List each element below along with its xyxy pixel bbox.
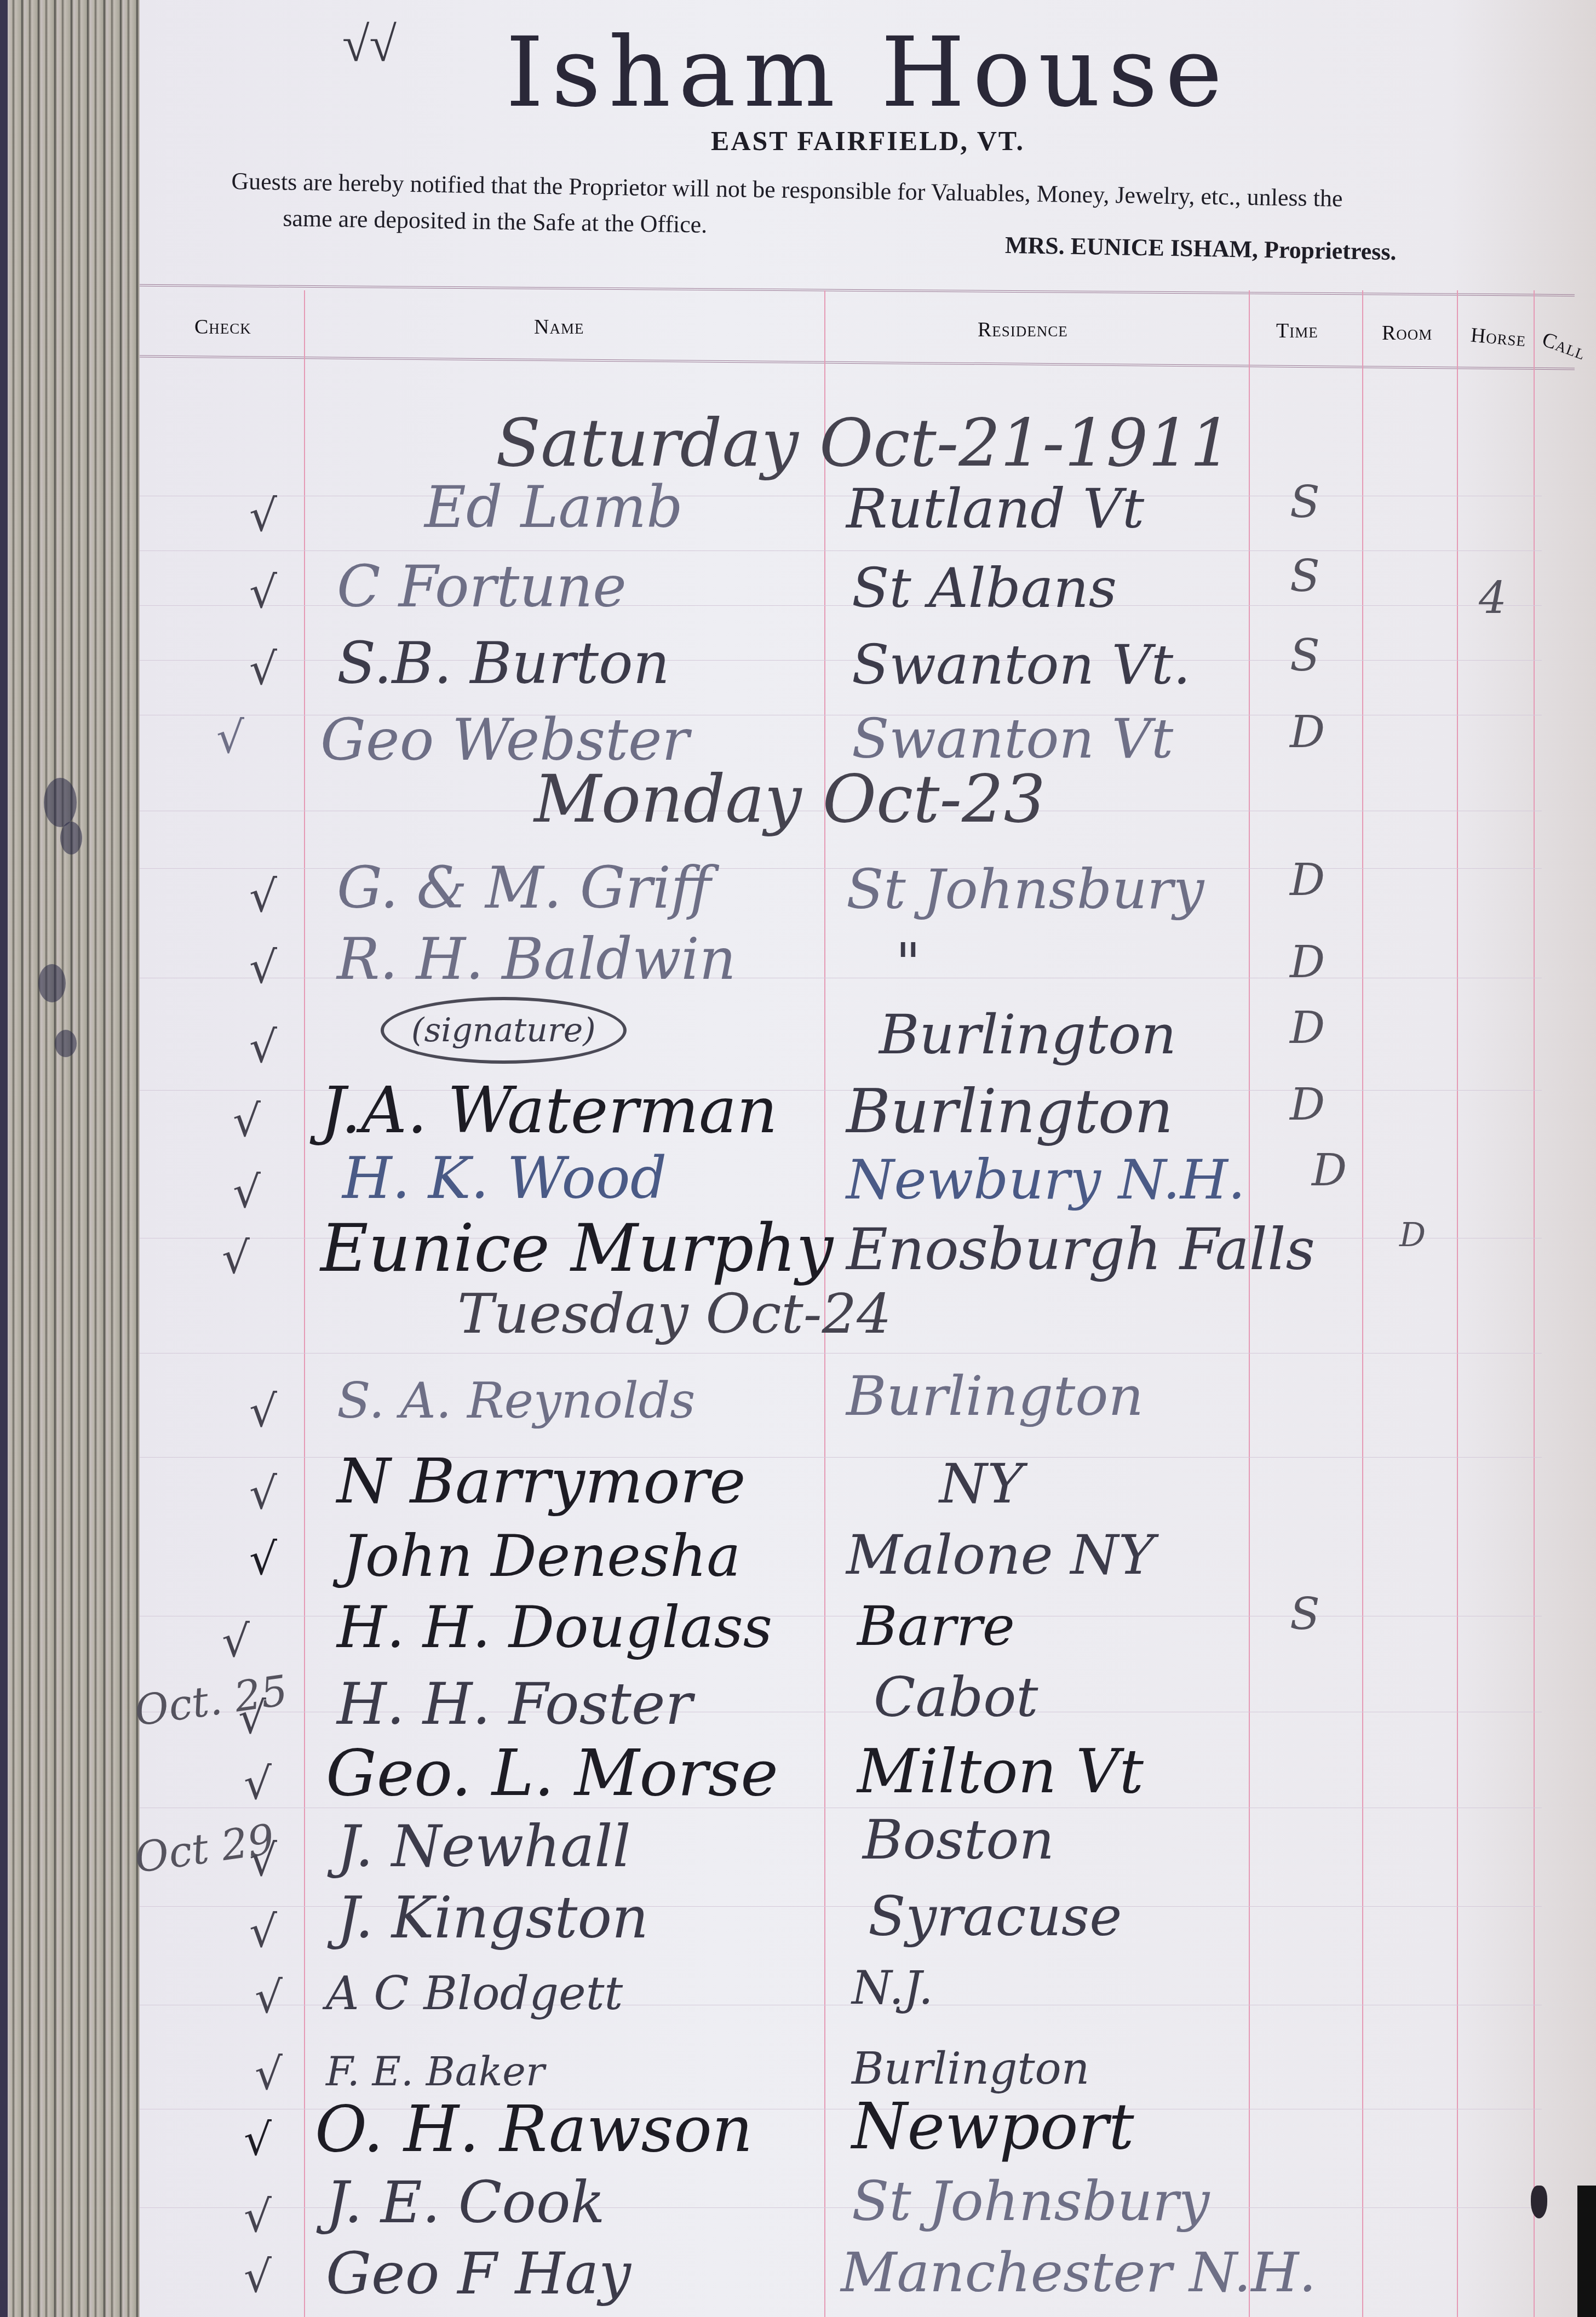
arrival-time: S	[1290, 1588, 1320, 1639]
guest-residence: Swanton Vt	[852, 707, 1173, 771]
guest-name: Eunice Murphy	[320, 1211, 833, 1287]
column-divider-room	[1457, 290, 1458, 2317]
guest-name: Geo Webster	[320, 707, 689, 773]
guest-name: G. & M. Griff	[337, 854, 711, 921]
guest-name: C Fortune	[337, 553, 627, 620]
guest-name: S. A. Reynolds	[337, 1372, 695, 1430]
guest-residence: Malone NY	[846, 1523, 1155, 1587]
guest-residence: Newbury N.H.	[846, 1148, 1245, 1212]
arrival-time: D	[1399, 1216, 1426, 1254]
guest-residence: "	[895, 931, 921, 995]
room-number: 4	[1479, 572, 1507, 623]
column-header-horse: Horse	[1469, 323, 1527, 352]
guest-name: N Barrymore	[337, 1446, 745, 1517]
check-mark: √	[255, 1972, 283, 2023]
guest-name: J. Newhall	[337, 1813, 631, 1880]
guest-name: H. H. Foster	[337, 1671, 692, 1737]
guest-name: Ed Lamb	[424, 474, 683, 541]
hotel-title: IshamHouse	[140, 16, 1596, 129]
column-header-name: Name	[534, 315, 584, 339]
guest-name: Geo. L. Morse	[326, 1736, 778, 1810]
guest-name: S.B. Burton	[337, 630, 670, 697]
check-mark: √	[249, 1386, 277, 1437]
page-shadow	[1577, 2186, 1596, 2317]
check-mark: √	[249, 490, 277, 541]
ink-stain	[38, 964, 66, 1002]
guest-residence: Cabot	[874, 1665, 1038, 1729]
arrival-time: D	[1290, 1079, 1325, 1130]
register-page: √√ IshamHouse EAST FAIRFIELD, VT. Guests…	[140, 0, 1596, 2317]
guest-name: F. E. Baker	[326, 2049, 544, 2095]
check-mark: √	[222, 1232, 250, 1283]
guest-name: J. Kingston	[337, 1884, 648, 1951]
guest-name: H. K. Wood	[342, 1145, 667, 1212]
guest-residence: Boston	[863, 1808, 1054, 1872]
check-mark: √	[244, 2251, 272, 2302]
guest-name: R. H. Baldwin	[337, 926, 736, 993]
arrival-time: S	[1290, 550, 1320, 601]
guest-residence: NY	[939, 1452, 1024, 1516]
ink-blot	[1531, 2186, 1547, 2218]
hotel-name-word2: House	[881, 16, 1230, 129]
column-header-check: Check	[194, 315, 251, 339]
guest-residence: Milton Vt	[857, 1736, 1144, 1806]
guest-name: O. H. Rawson	[315, 2092, 753, 2166]
guest-residence: Rutland Vt	[846, 477, 1144, 541]
arrival-time: S	[1290, 630, 1320, 681]
guest-residence: Swanton Vt.	[852, 633, 1191, 697]
guest-residence: Burlington	[879, 1002, 1176, 1066]
check-mark: √	[249, 567, 277, 618]
check-mark: √	[244, 2191, 272, 2242]
column-header-room: Room	[1382, 321, 1432, 345]
check-mark: √	[255, 2049, 283, 2100]
guest-residence: St Albans	[852, 556, 1117, 620]
guest-residence: Syracuse	[868, 1884, 1122, 1948]
ruled-line	[140, 496, 1542, 496]
check-mark: √	[249, 644, 277, 695]
check-mark: √	[244, 2114, 272, 2165]
check-mark: √	[249, 871, 277, 922]
check-mark: √	[233, 1096, 261, 1146]
column-divider-time	[1362, 290, 1363, 2317]
check-mark: √	[249, 1022, 277, 1073]
column-headers: Check Name Residence Time Room Horse Cal…	[140, 307, 1596, 362]
guest-name: Geo F Hay	[326, 2240, 631, 2307]
guest-name: J.A. Waterman	[320, 1074, 778, 1148]
ink-stain	[60, 822, 82, 854]
check-mark: √	[249, 1906, 277, 1957]
column-header-time: Time	[1276, 319, 1318, 343]
hotel-name-word1: Isham	[506, 16, 842, 129]
column-divider-horse	[1534, 290, 1535, 2317]
check-mark: √	[244, 1758, 272, 1809]
guest-residence: N.J.	[852, 1961, 933, 2015]
guest-name: John Denesha	[342, 1523, 740, 1590]
guest-residence: Burlington	[846, 1364, 1144, 1428]
ink-stain	[55, 1030, 77, 1057]
ruled-line	[140, 550, 1542, 551]
hotel-location: EAST FAIRFIELD, VT.	[140, 125, 1596, 157]
arrival-time: D	[1290, 707, 1325, 758]
date-header-oct-24: Tuesday Oct-24	[457, 1282, 892, 1346]
margin-note-oct-25: Oct. 25	[131, 1666, 290, 1735]
guest-residence: Barre	[857, 1594, 1015, 1658]
guest-residence: St Johnsbury	[846, 857, 1204, 921]
guest-residence: Burlington	[846, 1076, 1173, 1146]
check-mark: √	[249, 942, 277, 993]
arrival-time: D	[1290, 937, 1325, 988]
ruled-line	[140, 1353, 1542, 1354]
check-mark: √	[249, 1534, 277, 1585]
guest-residence: St Johnsbury	[852, 2169, 1210, 2233]
guest-name: (signature)	[381, 997, 627, 1064]
ink-stain	[44, 778, 77, 827]
date-header-oct-21: Saturday Oct-21-1911	[496, 405, 1232, 481]
guest-residence: Newport	[852, 2090, 1134, 2164]
check-mark: √	[249, 1835, 277, 1886]
arrival-time: D	[1290, 854, 1325, 905]
guest-residence: Burlington	[852, 2043, 1089, 2094]
arrival-time: S	[1290, 477, 1320, 527]
column-header-call: Call	[1539, 327, 1589, 365]
column-header-residence: Residence	[978, 318, 1068, 342]
guest-name: A C Blodgett	[326, 1966, 623, 2020]
check-mark: √	[249, 1468, 277, 1519]
column-divider-check	[304, 290, 305, 2317]
guest-residence: Enosburgh Falls	[846, 1216, 1315, 1283]
check-mark: √	[233, 1167, 261, 1218]
guest-residence: Manchester N.H.	[841, 2240, 1316, 2304]
header-top-rule	[140, 284, 1575, 296]
check-mark: √	[216, 712, 244, 763]
arrival-time: D	[1312, 1145, 1347, 1196]
column-divider-residence	[1249, 290, 1250, 2317]
guest-name: H. H. Douglass	[337, 1594, 772, 1661]
book-page-edges	[0, 0, 140, 2317]
guest-name: J. E. Cook	[326, 2169, 605, 2236]
check-mark: √	[222, 1616, 250, 1667]
check-mark: √	[238, 1693, 266, 1744]
arrival-time: D	[1290, 1002, 1325, 1053]
